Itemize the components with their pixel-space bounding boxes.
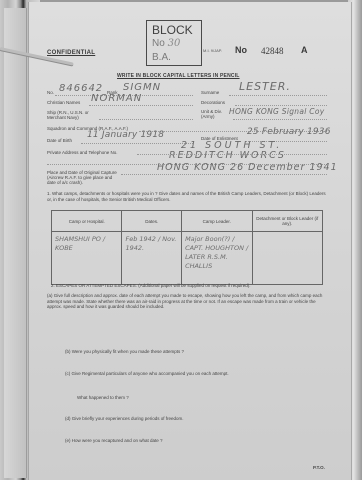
address-line2: REDDITCH WORCS <box>169 150 286 161</box>
question-2a: (a) Give full description and approx. da… <box>47 293 329 310</box>
surname-label: Surname <box>201 90 219 95</box>
camps-table-header: Camp or Hospital. Dates. Camp Leader. De… <box>52 211 323 232</box>
decorations-label: Decorations <box>201 100 225 105</box>
section2-heading: 2. ESCAPES OR ATTEMPTED ESCAPES. (Additi… <box>51 283 331 289</box>
unit-label: Unit & Div. (Army) <box>201 109 231 119</box>
dob-label: Date of Birth <box>47 138 72 143</box>
capture-label: Place and Date of Original Capture (Airc… <box>47 170 117 185</box>
number-label: No. <box>47 90 54 95</box>
christian-names-label: Christian Names <box>47 100 80 105</box>
serial-number: 42848 <box>261 46 284 56</box>
enlistment-value: 25 February 1936 <box>247 127 331 137</box>
block-number-value: 30 <box>168 38 181 49</box>
serial-suffix: A <box>301 45 308 55</box>
capture-value: HONG KONG 26 December 1941 <box>157 162 338 173</box>
question-2d: (d) Give briefly your experiences during… <box>65 416 184 422</box>
block-stamp-ba: B.A. <box>152 51 196 65</box>
cell-camp-leader: Major Boon(?) / CAPT. HOUGHTON / LATER R… <box>182 232 252 285</box>
ship-label: Ship (R.N., U.S.N. or Merchant Navy) <box>47 110 95 120</box>
cell-block-leader <box>252 232 322 285</box>
question-2b: (b) Were you physically fit when you mad… <box>65 349 184 355</box>
pto-label: P.T.O. <box>313 465 325 470</box>
christian-names-value: NORMAN <box>91 93 142 104</box>
form-reference: M.I. 9/JAP. <box>203 48 222 53</box>
dob-value: 11 January 1918 <box>87 130 164 140</box>
address-label: Private Address and Telephone No. <box>47 150 117 155</box>
question-2c-followup: What happened to them ? <box>77 395 129 401</box>
pow-questionnaire-page: BLOCK No 30 B.A. CONFIDENTIAL M.I. 9/JAP… <box>28 2 352 480</box>
block-number-prefix: No <box>152 38 165 49</box>
camps-table: Camp or Hospital. Dates. Camp Leader. De… <box>51 210 323 285</box>
serial-label: No <box>235 45 247 55</box>
header-camp: Camp or Hospital. <box>52 211 122 232</box>
confidential-label: CONFIDENTIAL <box>47 50 95 56</box>
folder-tab <box>4 8 27 478</box>
rank-value: SIGMN <box>123 82 161 93</box>
cell-camp: SHAMSHUI PO / KOBE <box>52 232 122 285</box>
block-number-line: No 30 <box>152 37 196 51</box>
header-block-leader: Detachment or Block Leader (if any). <box>252 211 322 232</box>
block-stamp: BLOCK No 30 B.A. <box>146 20 202 66</box>
table-row: SHAMSHUI PO / KOBE Feb 1942 / Nov. 1942.… <box>52 232 323 285</box>
surname-value: LESTER. <box>239 80 291 93</box>
header-camp-leader: Camp Leader. <box>182 211 252 232</box>
cell-dates: Feb 1942 / Nov. 1942. <box>122 232 182 285</box>
section1-question: 1. What camps, detachments or hospitals … <box>47 191 327 202</box>
form-instruction: WRITE IN BLOCK CAPITAL LETTERS IN PENCIL <box>117 73 240 79</box>
header-dates: Dates. <box>122 211 182 232</box>
question-2c: (c) Give Regimental particulars of anyon… <box>65 371 229 377</box>
unit-value: HONG KONG Signal Coy <box>229 107 324 116</box>
block-stamp-title: BLOCK <box>152 23 196 37</box>
question-2e: (e) How were you recaptured and on what … <box>65 438 163 444</box>
